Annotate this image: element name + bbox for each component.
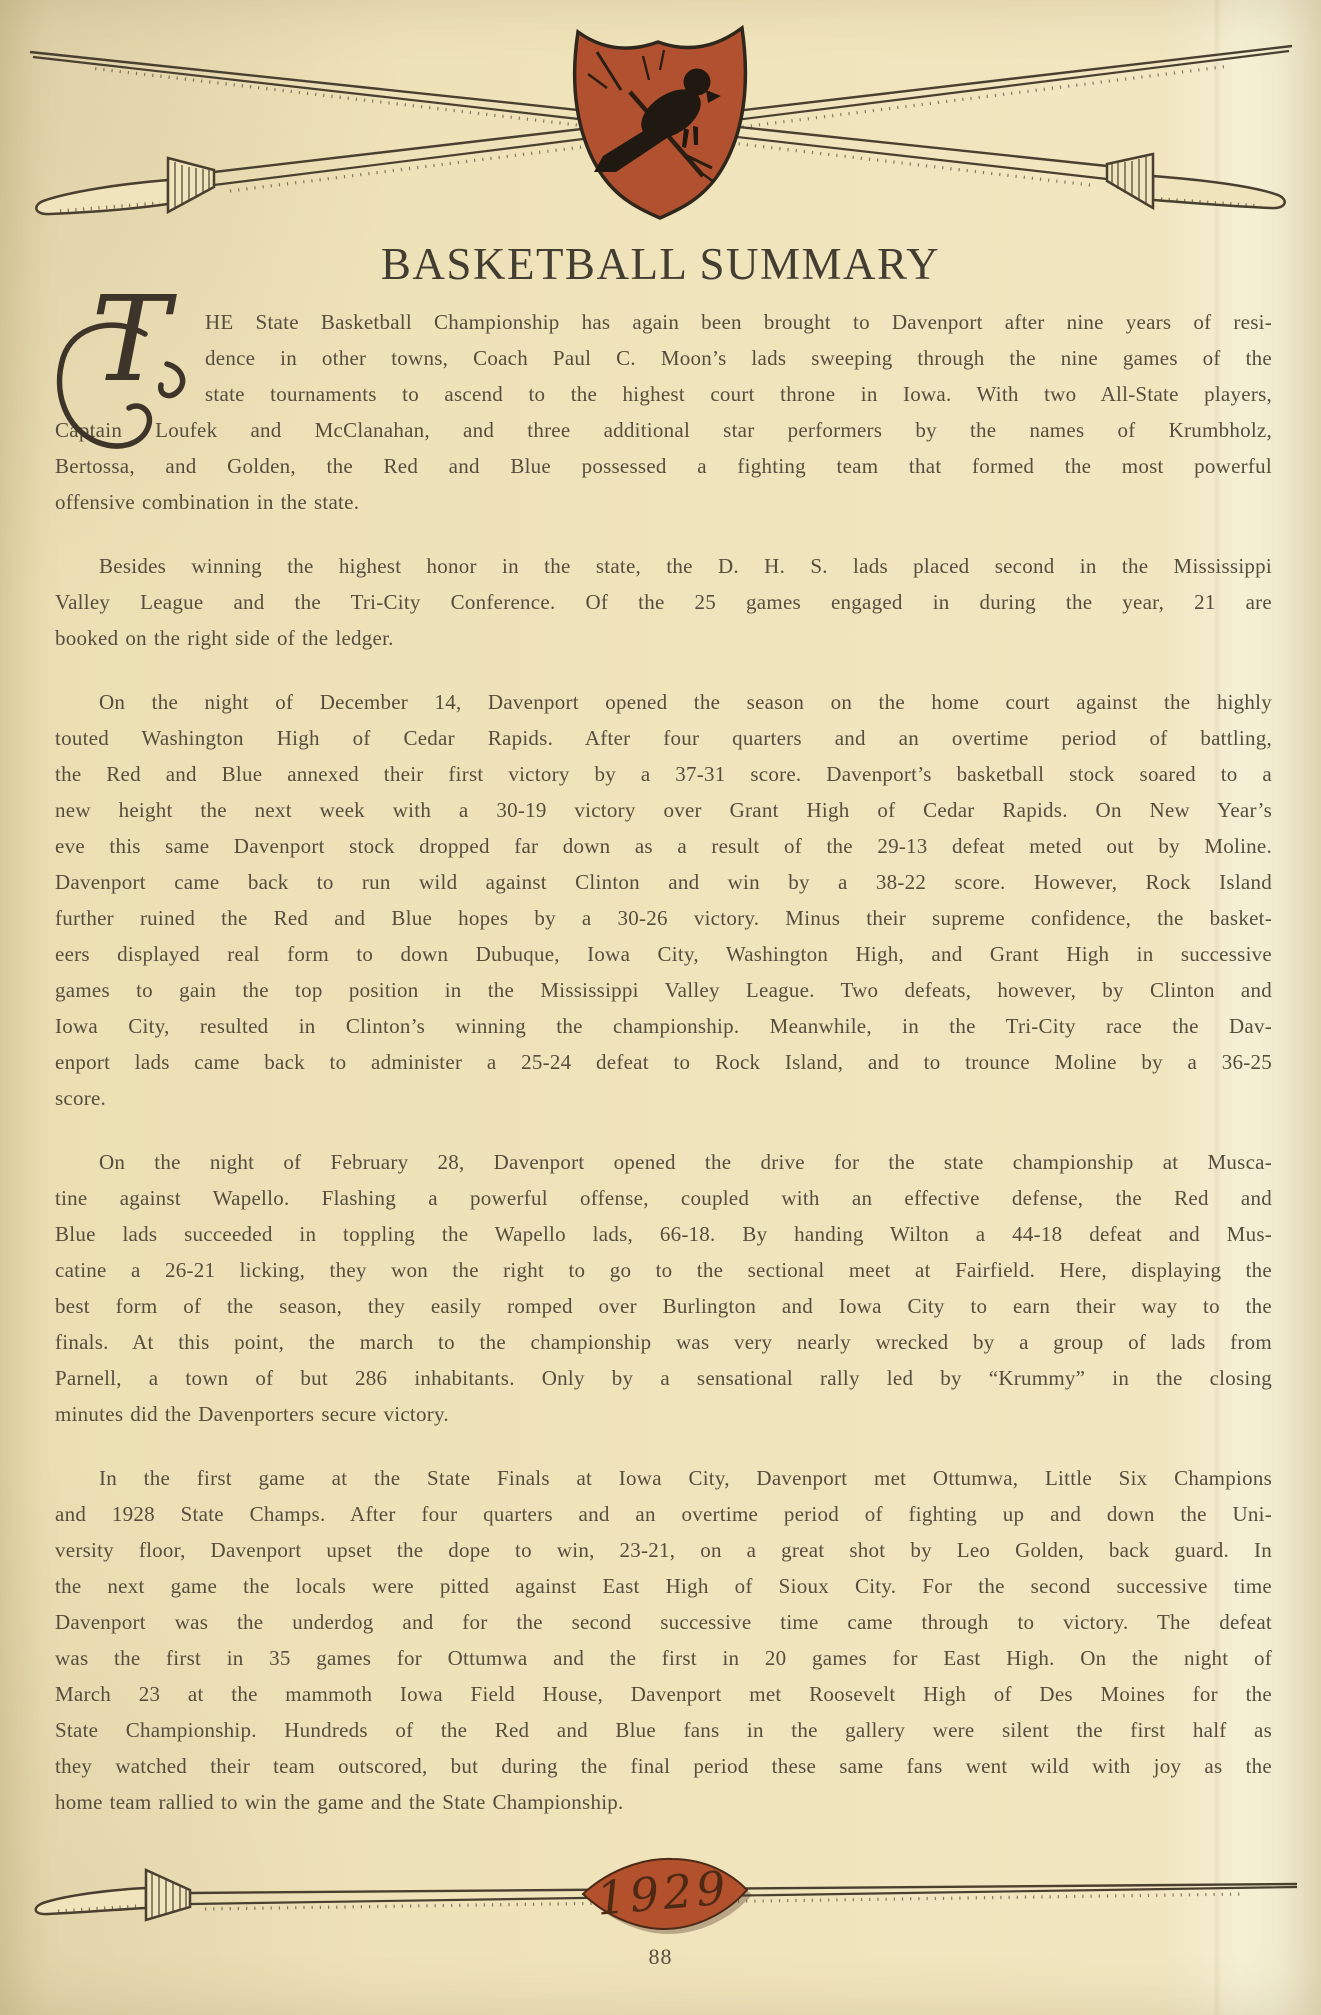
footer-ornament: 1929 xyxy=(0,1838,1321,1942)
text-line: Blue lads succeeded in toppling the Wape… xyxy=(55,1216,1272,1252)
text-line: and 1928 State Champs. After four quarte… xyxy=(55,1496,1272,1532)
text-line: catine a 26-21 licking, they won the rig… xyxy=(55,1252,1272,1288)
text-line: tine against Wapello. Flashing a powerfu… xyxy=(55,1180,1272,1216)
text-line: further ruined the Red and Blue hopes by… xyxy=(55,900,1272,936)
page: { "page": { "title": "BASKETBALL SUMMARY… xyxy=(0,0,1321,2015)
text-line: score. xyxy=(55,1080,1272,1116)
year-text: 1929 xyxy=(594,1860,731,1925)
text-line: the next game the locals were pitted aga… xyxy=(55,1568,1272,1604)
text-line: touted Washington High of Cedar Rapids. … xyxy=(55,720,1272,756)
page-title: BASKETBALL SUMMARY xyxy=(0,238,1321,290)
crossed-lances-shield-emblem xyxy=(0,16,1321,236)
text-line: Davenport came back to run wild against … xyxy=(55,864,1272,900)
text-line: On the night of December 14, Davenport o… xyxy=(55,684,1272,720)
text-line: Parnell, a town of but 286 inhabitants. … xyxy=(55,1360,1272,1396)
text-line: eve this same Davenport stock dropped fa… xyxy=(55,828,1272,864)
paragraph: On the night of December 14, Davenport o… xyxy=(55,684,1272,1116)
text-line: was the first in 35 games for Ottumwa an… xyxy=(55,1640,1272,1676)
text-line: they watched their team outscored, but d… xyxy=(55,1748,1272,1784)
text-line: the Red and Blue annexed their first vic… xyxy=(55,756,1272,792)
text-line: Besides winning the highest honor in the… xyxy=(55,548,1272,584)
text-line: HE State Basketball Championship has aga… xyxy=(55,304,1272,340)
text-line: Valley League and the Tri-City Conferenc… xyxy=(55,584,1272,620)
text-line: minutes did the Davenporters secure vict… xyxy=(55,1396,1272,1432)
text-line: state tournaments to ascend to the highe… xyxy=(55,376,1272,412)
text-line: enport lads came back to administer a 25… xyxy=(55,1044,1272,1080)
text-line: offensive combination in the state. xyxy=(55,484,1272,520)
text-line: On the night of February 28, Davenport o… xyxy=(55,1144,1272,1180)
text-line: versity floor, Davenport upset the dope … xyxy=(55,1532,1272,1568)
body-text: T HE State Basketball Championship has a… xyxy=(55,304,1272,1848)
text-line: finals. At this point, the march to the … xyxy=(55,1324,1272,1360)
text-line: Bertossa, and Golden, the Red and Blue p… xyxy=(55,448,1272,484)
paragraph: In the first game at the State Finals at… xyxy=(55,1460,1272,1820)
text-line: Davenport was the underdog and for the s… xyxy=(55,1604,1272,1640)
text-line: State Championship. Hundreds of the Red … xyxy=(55,1712,1272,1748)
text-line: home team rallied to win the game and th… xyxy=(55,1784,1272,1820)
paragraph: On the night of February 28, Davenport o… xyxy=(55,1144,1272,1432)
drop-cap: T xyxy=(47,306,199,410)
paragraph: Besides winning the highest honor in the… xyxy=(55,548,1272,656)
shield-icon xyxy=(575,28,746,218)
paragraph: T HE State Basketball Championship has a… xyxy=(55,304,1272,520)
text-line: Iowa City, resulted in Clinton’s winning… xyxy=(55,1008,1272,1044)
year-medallion: 1929 xyxy=(583,1859,752,1934)
text-line: In the first game at the State Finals at… xyxy=(55,1460,1272,1496)
drop-cap-letter: T xyxy=(91,280,170,398)
text-line: March 23 at the mammoth Iowa Field House… xyxy=(55,1676,1272,1712)
text-line: games to gain the top position in the Mi… xyxy=(55,972,1272,1008)
text-line: new height the next week with a 30-19 vi… xyxy=(55,792,1272,828)
text-line: booked on the right side of the ledger. xyxy=(55,620,1272,656)
text-line: best form of the season, they easily rom… xyxy=(55,1288,1272,1324)
text-line: eers displayed real form to down Dubuque… xyxy=(55,936,1272,972)
text-line: Captain Loufek and McClanahan, and three… xyxy=(55,412,1272,448)
page-number: 88 xyxy=(0,1944,1321,1970)
text-line: dence in other towns, Coach Paul C. Moon… xyxy=(55,340,1272,376)
